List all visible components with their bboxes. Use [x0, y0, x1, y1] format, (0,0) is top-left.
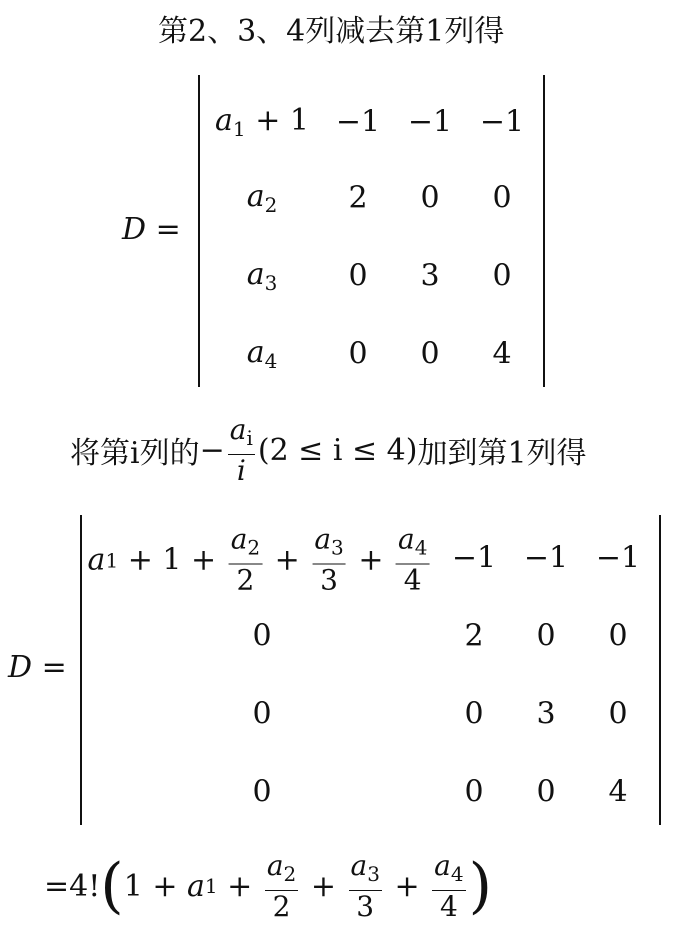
step1-left-bar: [198, 75, 200, 387]
step1-cell-3-1: a3: [247, 257, 278, 295]
step1-cell-1-4: −1: [480, 105, 524, 140]
step2-cell-2-4: 0: [608, 619, 627, 654]
step2-cell-1-1: a1 + 1 + a22 + a33 + a44: [88, 524, 433, 597]
result-expression: =4! ( 1 + a1 + a22 + a33 + a44 ): [44, 846, 492, 926]
step2-cell-1-4: −1: [596, 541, 640, 576]
step1-cell-4-3: 0: [420, 337, 439, 372]
step2-cell-3-4: 0: [608, 697, 627, 732]
step1-right-bar: [543, 75, 545, 387]
step2-cell-2-1: 0: [252, 619, 271, 654]
step1-lhs: D =: [122, 212, 181, 247]
step1-cell-3-4: 0: [492, 259, 511, 294]
step1-cell-4-1: a4: [247, 335, 278, 373]
step2-cell-2-2: 2: [464, 619, 483, 654]
step2-cell-4-3: 0: [536, 775, 555, 810]
step1-cell-2-2: 2: [348, 181, 367, 216]
step2-caption: 将第i列的 − aii (2 ≤ i ≤ 4) 加到第1列得: [70, 410, 587, 490]
step1-cell-1-1: a1 + 1: [215, 103, 309, 141]
step2-lhs: D =: [8, 650, 67, 685]
step1-cell-2-3: 0: [420, 181, 439, 216]
step1-cell-2-4: 0: [492, 181, 511, 216]
step2-cell-4-1: 0: [252, 775, 271, 810]
step1-cell-4-4: 4: [492, 337, 511, 372]
step2-cell-1-2: −1: [452, 541, 496, 576]
step2-cell-4-4: 4: [608, 775, 627, 810]
step1-caption: 第2、3、4列减去第1列得: [158, 6, 504, 50]
step2-right-bar: [659, 515, 661, 825]
step1-cell-1-3: −1: [408, 105, 452, 140]
step1-cell-2-1: a2: [247, 179, 278, 217]
step1-cell-3-2: 0: [348, 259, 367, 294]
step2-cell-3-3: 3: [536, 697, 555, 732]
step2-cell-2-3: 0: [536, 619, 555, 654]
step2-cell-3-2: 0: [464, 697, 483, 732]
step2-cell-4-2: 0: [464, 775, 483, 810]
step2-cell-1-3: −1: [524, 541, 568, 576]
step1-cell-4-2: 0: [348, 337, 367, 372]
step2-left-bar: [80, 515, 82, 825]
step2-cell-3-1: 0: [252, 697, 271, 732]
step1-cell-1-2: −1: [336, 105, 380, 140]
step1-cell-3-3: 3: [420, 259, 439, 294]
